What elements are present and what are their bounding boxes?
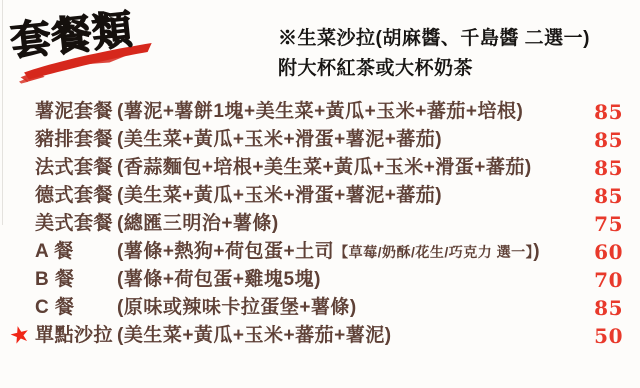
star-icon [11, 207, 32, 212]
item-price: 75 [579, 210, 623, 238]
item-description: (美生菜+黃瓜+玉米+蕃茄+薯泥) [117, 322, 579, 350]
item-option-note: 【草莓/奶酥/花生/巧克力 選一】 [334, 244, 533, 260]
item-desc-close: ) [533, 241, 540, 262]
star-icon [11, 179, 32, 184]
star-icon [11, 235, 32, 240]
item-name: 法式套餐 [35, 154, 117, 182]
item-name: 單點沙拉 [35, 322, 117, 350]
menu-page: 套餐類 ※生菜沙拉(胡麻醬、千島醬 二選一) 附大杯紅茶或大杯奶茶 薯泥套餐 (… [0, 0, 640, 388]
item-price: 85 [579, 98, 623, 126]
menu-item-row: 薯泥套餐 (薯泥+薯餅1塊+美生菜+黃瓜+玉米+蕃茄+培根) 85 [35, 98, 623, 126]
item-name: B 餐 [35, 266, 117, 294]
item-desc-text: (香蒜麵包+培根+美生菜+黃瓜+玉米+滑蛋+蕃茄) [117, 157, 532, 178]
item-price: 50 [579, 322, 623, 350]
drink-note: 附大杯紅茶或大杯奶茶 [278, 54, 630, 84]
item-price: 85 [579, 294, 623, 322]
item-desc-text: (薯條+熱狗+荷包蛋+土司 [117, 241, 334, 262]
item-desc-text: (原味或辣味卡拉蛋堡+薯條) [117, 297, 357, 318]
item-price: 70 [579, 266, 623, 294]
menu-item-row: 豬排套餐 (美生菜+黃瓜+玉米+滑蛋+薯泥+蕃茄) 85 [35, 126, 623, 154]
menu-item-row: 德式套餐 (美生菜+黃瓜+玉米+滑蛋+薯泥+蕃茄) 85 [35, 182, 623, 210]
item-description: (薯條+熱狗+荷包蛋+土司【草莓/奶酥/花生/巧克力 選一】) [117, 238, 579, 266]
star-icon [11, 263, 32, 268]
item-desc-text: (美生菜+黃瓜+玉米+滑蛋+薯泥+蕃茄) [117, 129, 442, 150]
menu-item-row: B 餐 (薯條+荷包蛋+雞塊5塊) 70 [35, 266, 623, 294]
item-name: C 餐 [35, 294, 117, 322]
item-description: (薯泥+薯餅1塊+美生菜+黃瓜+玉米+蕃茄+培根) [117, 98, 579, 126]
item-description: (總匯三明治+薯條) [117, 210, 579, 238]
item-name: 美式套餐 [35, 210, 117, 238]
menu-item-row: 法式套餐 (香蒜麵包+培根+美生菜+黃瓜+玉米+滑蛋+蕃茄) 85 [35, 154, 623, 182]
header-notes: ※生菜沙拉(胡麻醬、千島醬 二選一) 附大杯紅茶或大杯奶茶 [278, 24, 630, 84]
item-description: (原味或辣味卡拉蛋堡+薯條) [117, 294, 579, 322]
item-description: (美生菜+黃瓜+玉米+滑蛋+薯泥+蕃茄) [117, 126, 579, 154]
item-price: 85 [579, 154, 623, 182]
item-description: (薯條+荷包蛋+雞塊5塊) [117, 266, 579, 294]
item-desc-text: (美生菜+黃瓜+玉米+蕃茄+薯泥) [117, 325, 392, 346]
item-name: 薯泥套餐 [35, 98, 117, 126]
item-desc-text: (美生菜+黃瓜+玉米+滑蛋+薯泥+蕃茄) [117, 185, 442, 206]
item-desc-text: (薯條+荷包蛋+雞塊5塊) [117, 269, 321, 290]
item-description: (美生菜+黃瓜+玉米+滑蛋+薯泥+蕃茄) [117, 182, 579, 210]
item-desc-text: (薯泥+薯餅1塊+美生菜+黃瓜+玉米+蕃茄+培根) [117, 101, 523, 122]
item-name: 豬排套餐 [35, 126, 117, 154]
salad-note: ※生菜沙拉(胡麻醬、千島醬 二選一) [278, 24, 630, 54]
item-name: 德式套餐 [35, 182, 117, 210]
menu-list: 薯泥套餐 (薯泥+薯餅1塊+美生菜+黃瓜+玉米+蕃茄+培根) 85 豬排套餐 (… [35, 98, 623, 350]
menu-item-row: 美式套餐 (總匯三明治+薯條) 75 [35, 210, 623, 238]
item-description: (香蒜麵包+培根+美生菜+黃瓜+玉米+滑蛋+蕃茄) [117, 154, 579, 182]
star-icon [11, 151, 32, 156]
star-icon [11, 123, 32, 128]
item-desc-text: (總匯三明治+薯條) [117, 213, 279, 234]
category-title-block: 套餐類 [9, 6, 175, 92]
menu-item-row: A 餐 (薯條+熱狗+荷包蛋+土司【草莓/奶酥/花生/巧克力 選一】) 60 [35, 238, 623, 266]
item-price: 85 [579, 182, 623, 210]
item-price: 60 [579, 238, 623, 266]
scan-edge-line [2, 0, 3, 225]
menu-item-row: ★ 單點沙拉 (美生菜+黃瓜+玉米+蕃茄+薯泥) 50 [35, 322, 623, 350]
star-icon [11, 291, 32, 296]
item-price: 85 [579, 126, 623, 154]
star-icon: ★ [8, 320, 36, 351]
star-icon [11, 95, 32, 100]
menu-item-row: C 餐 (原味或辣味卡拉蛋堡+薯條) 85 [35, 294, 623, 322]
item-name: A 餐 [35, 238, 117, 266]
